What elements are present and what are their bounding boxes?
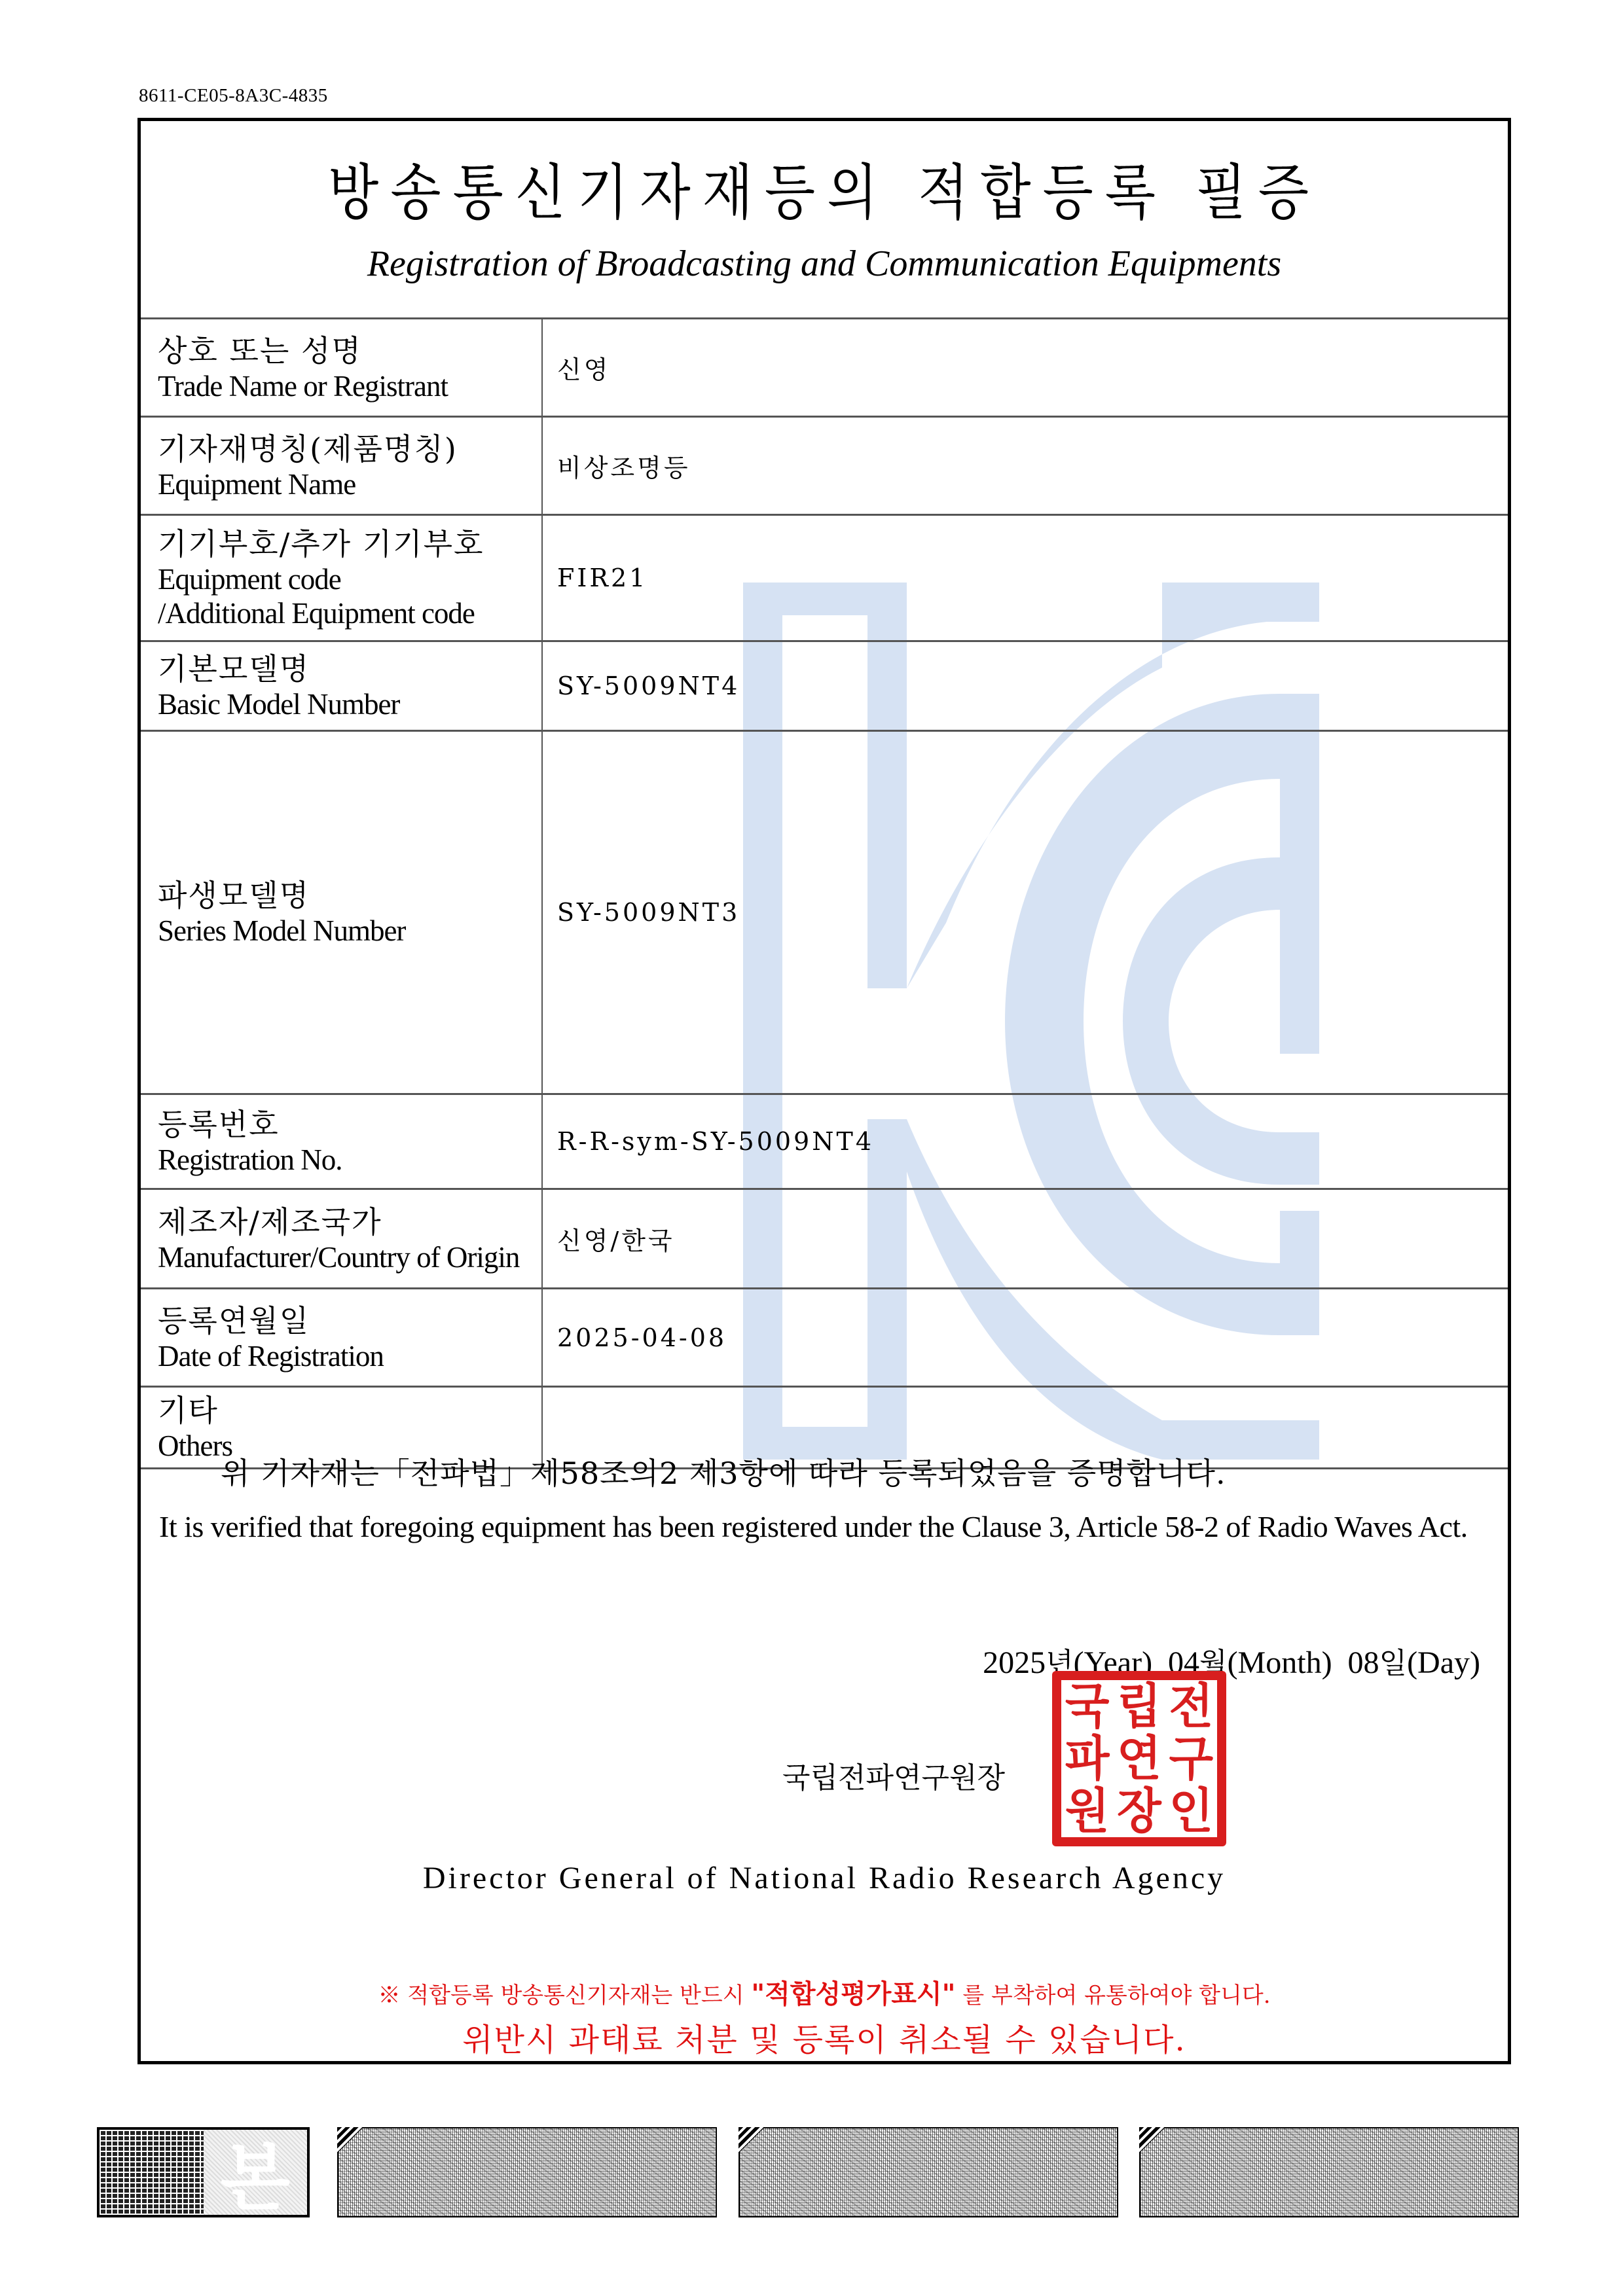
seal-char: 장 xyxy=(1113,1784,1165,1839)
security-pattern-1 xyxy=(337,2127,717,2217)
table-row: 파생모델명 Series Model Number SY-5009NT3 xyxy=(141,731,1508,1094)
corner-stripes-icon xyxy=(337,2127,363,2153)
label-english: Registration No. xyxy=(158,1143,541,1177)
original-pattern xyxy=(100,2130,204,2215)
table-row: 등록번호 Registration No. R-R-sym-SY-5009NT4 xyxy=(141,1094,1508,1189)
day-suffix-en: (Day) xyxy=(1407,1645,1480,1680)
title-block: 방송통신기자재등의 적합등록 필증 Registration of Broadc… xyxy=(141,121,1508,317)
label-english: Equipment code xyxy=(158,562,541,596)
month-suffix-en: (Month) xyxy=(1228,1645,1332,1680)
field-value-basic-model: SY-5009NT4 xyxy=(542,641,1508,731)
document-id: 8611-CE05-8A3C-4835 xyxy=(139,85,328,107)
seal-char: 파 xyxy=(1061,1731,1113,1786)
table-row: 기기부호/추가 기기부호 Equipment code /Additional … xyxy=(141,515,1508,641)
title-english: Registration of Broadcasting and Communi… xyxy=(141,243,1508,285)
corner-stripes-icon xyxy=(739,2127,765,2153)
table-row: 상호 또는 성명 Trade Name or Registrant 신영 xyxy=(141,319,1508,417)
title-korean: 방송통신기자재등의 적합등록 필증 xyxy=(141,144,1508,230)
table-row: 제조자/제조국가 Manufacturer/Country of Origin … xyxy=(141,1189,1508,1289)
label-korean: 등록번호 xyxy=(158,1106,541,1143)
original-stamp-mark: 본 xyxy=(97,2127,310,2217)
label-korean: 상호 또는 성명 xyxy=(158,332,541,369)
field-label: 상호 또는 성명 Trade Name or Registrant xyxy=(141,319,542,417)
field-label: 등록번호 Registration No. xyxy=(141,1094,542,1189)
field-value-manufacturer: 신영/한국 xyxy=(542,1189,1508,1289)
issue-year: 2025 xyxy=(983,1645,1046,1680)
field-value-registration-date: 2025-04-08 xyxy=(542,1289,1508,1387)
security-pattern-3 xyxy=(1139,2127,1519,2217)
original-char: 본 xyxy=(204,2130,308,2215)
label-korean: 기타 xyxy=(158,1392,541,1429)
seal-characters: 국 립 전 파 연 구 원 장 인 xyxy=(1061,1680,1217,1837)
field-label: 파생모델명 Series Model Number xyxy=(141,731,542,1094)
field-value-registration-no: R-R-sym-SY-5009NT4 xyxy=(542,1094,1508,1189)
field-label: 등록연월일 Date of Registration xyxy=(141,1289,542,1387)
registration-table: 상호 또는 성명 Trade Name or Registrant 신영 기자재… xyxy=(141,317,1508,1469)
label-korean: 제조자/제조국가 xyxy=(158,1204,541,1240)
seal-char: 인 xyxy=(1165,1784,1217,1839)
notice-emphasis: "적합성평가표시" xyxy=(751,1979,955,2009)
label-english: Equipment Name xyxy=(158,467,541,501)
field-value-series-model: SY-5009NT3 xyxy=(542,731,1508,1094)
seal-char: 구 xyxy=(1165,1731,1217,1786)
seal-char: 전 xyxy=(1165,1679,1217,1734)
table-row: 기자재명칭(제품명칭) Equipment Name 비상조명등 xyxy=(141,417,1508,515)
field-label: 기자재명칭(제품명칭) Equipment Name xyxy=(141,417,542,515)
field-label: 제조자/제조국가 Manufacturer/Country of Origin xyxy=(141,1189,542,1289)
label-english: Manufacturer/Country of Origin xyxy=(158,1240,541,1274)
security-pattern-2 xyxy=(739,2127,1118,2217)
table-row: 등록연월일 Date of Registration 2025-04-08 xyxy=(141,1289,1508,1387)
issue-day: 08 xyxy=(1348,1645,1379,1680)
warning-notice: ※ 적합등록 방송통신기자재는 반드시 "적합성평가표시" 를 부착하여 유통하… xyxy=(141,1973,1508,2060)
seal-char: 연 xyxy=(1113,1731,1165,1786)
label-korean: 기기부호/추가 기기부호 xyxy=(158,526,541,562)
label-english: Trade Name or Registrant xyxy=(158,369,541,403)
field-value-equipment-code: FIR21 xyxy=(542,515,1508,641)
signatory-english: Director General of National Radio Resea… xyxy=(141,1860,1508,1896)
seal-char: 국 xyxy=(1061,1679,1113,1734)
label-korean: 파생모델명 xyxy=(158,877,541,914)
label-english: Date of Registration xyxy=(158,1339,541,1373)
label-korean: 기본모델명 xyxy=(158,651,541,687)
field-label: 기본모델명 Basic Model Number xyxy=(141,641,542,731)
statement-korean: 위 기자재는「전파법」제58조의2 제3항에 따라 등록되었음을 증명합니다. xyxy=(221,1450,1226,1493)
field-value-trade-name: 신영 xyxy=(542,319,1508,417)
label-korean: 등록연월일 xyxy=(158,1302,541,1339)
corner-stripes-icon xyxy=(1139,2127,1165,2153)
notice-line-2: 위반시 과태료 처분 및 등록이 취소될 수 있습니다. xyxy=(141,2015,1508,2060)
notice-line-1: ※ 적합등록 방송통신기자재는 반드시 "적합성평가표시" 를 부착하여 유통하… xyxy=(141,1973,1508,2011)
statement-english: It is verified that foregoing equipment … xyxy=(159,1501,1495,1553)
seal-char: 립 xyxy=(1113,1679,1165,1734)
label-english: Basic Model Number xyxy=(158,687,541,721)
signatory-korean: 국립전파연구원장 xyxy=(782,1754,1005,1796)
table-row: 기본모델명 Basic Model Number SY-5009NT4 xyxy=(141,641,1508,731)
label-english: Series Model Number xyxy=(158,914,541,948)
notice-suffix: 를 부착하여 유통하여야 합니다. xyxy=(956,1982,1271,2009)
seal-char: 원 xyxy=(1061,1784,1113,1839)
official-seal-icon: 국 립 전 파 연 구 원 장 인 xyxy=(1052,1671,1226,1846)
day-suffix-ko: 일 xyxy=(1379,1647,1408,1680)
field-value-equipment-name: 비상조명등 xyxy=(542,417,1508,515)
label-english-2: /Additional Equipment code xyxy=(158,596,541,630)
notice-prefix: ※ 적합등록 방송통신기자재는 반드시 xyxy=(378,1982,751,2009)
field-label: 기기부호/추가 기기부호 Equipment code /Additional … xyxy=(141,515,542,641)
certificate-frame: 방송통신기자재등의 적합등록 필증 Registration of Broadc… xyxy=(137,118,1511,2064)
label-korean: 기자재명칭(제품명칭) xyxy=(158,431,541,467)
